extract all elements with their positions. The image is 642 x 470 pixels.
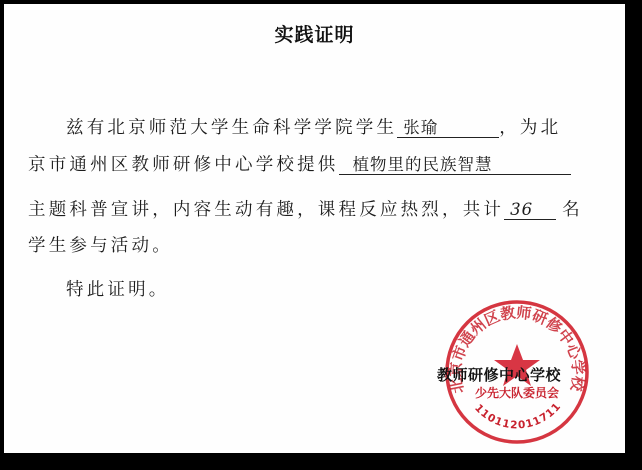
line2-text: 京市通州区教师研修中心学校提供 — [28, 155, 339, 175]
paragraph-line-3: 主题科普宣讲，内容生动有趣，课程反应热烈，共计36名 — [28, 196, 583, 221]
line3-text: 主题科普宣讲，内容生动有趣，课程反应热烈，共计 — [28, 200, 504, 220]
paragraph-line-2: 京市通州区教师研修中心学校提供植物里的民族智慧 — [28, 151, 571, 176]
student-name: 张瑜 — [403, 118, 438, 137]
topic-field: 植物里的民族智慧 — [339, 156, 571, 175]
line1-tail: ，为北 — [499, 118, 561, 138]
signature-organization: 教师研修中心学校 — [437, 364, 561, 385]
participant-count-field: 36 — [504, 201, 556, 220]
line3-tail: 名 — [562, 200, 583, 220]
topic: 植物里的民族智慧 — [353, 155, 493, 174]
document-title: 实践证明 — [4, 20, 625, 47]
paragraph-line-1: 兹有北京师范大学生命科学学院学生张瑜，为北 — [66, 114, 561, 139]
certificate-page: 实践证明 兹有北京师范大学生命科学学院学生张瑜，为北 京市通州区教师研修中心学校… — [4, 4, 625, 453]
line1-text: 兹有北京师范大学生命科学学院学生 — [66, 118, 397, 138]
participant-count: 36 — [510, 200, 533, 219]
student-name-field: 张瑜 — [397, 119, 499, 138]
svg-text:少先大队委员会: 少先大队委员会 — [475, 385, 559, 400]
paragraph-line-4: 学生参与活动。 — [28, 232, 173, 257]
closing-line: 特此证明。 — [66, 276, 170, 301]
